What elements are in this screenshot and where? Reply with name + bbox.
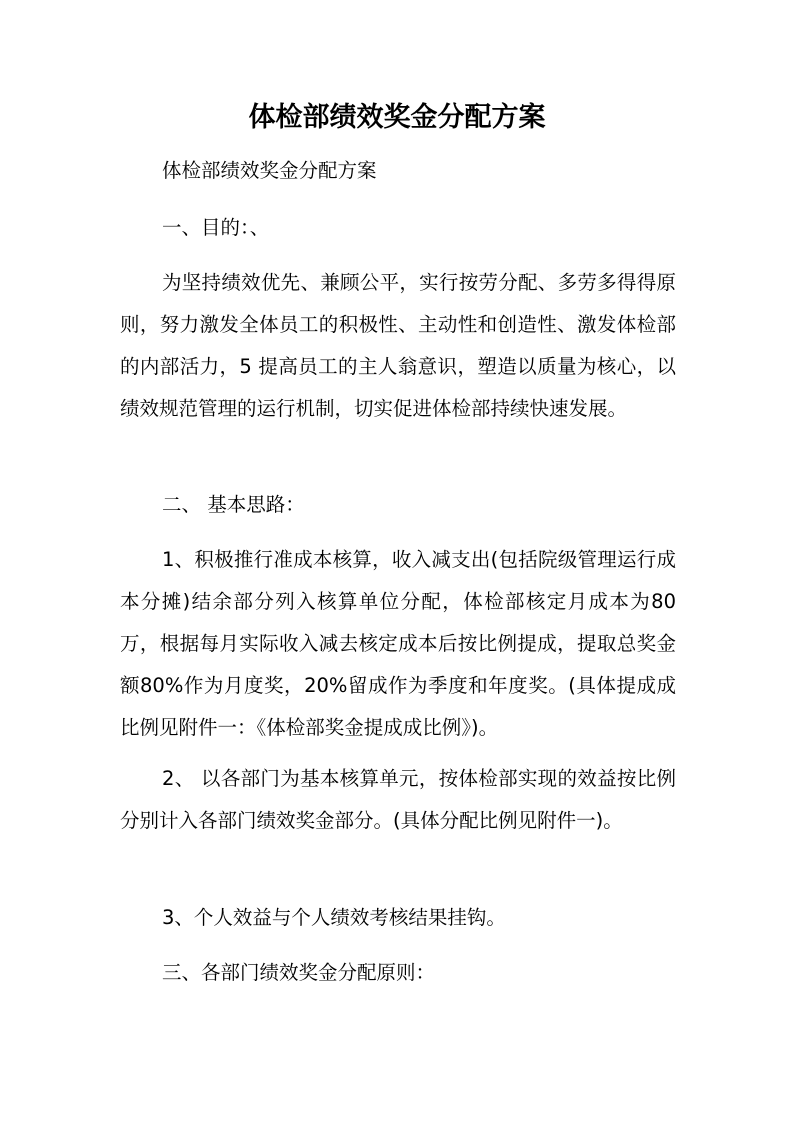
section2-heading: 二、 基本思路：	[162, 491, 305, 519]
section2-item-1: 1、积极推行准成本核算，收入减支出(包括院级管理运行成本分摊)结余部分列入核算单…	[120, 539, 676, 749]
section3-heading: 三、各部门绩效奖金分配原则：	[162, 959, 435, 987]
section1-paragraph: 为坚持绩效优先、兼顾公平，实行按劳分配、多劳多得得原则，努力激发全体员工的积极性…	[120, 262, 676, 430]
section2-item-2: 2、 以各部门为基本核算单元，按体检部实现的效益按比例分别计入各部门绩效奖金部分…	[120, 758, 676, 842]
document-page: 体检部绩效奖金分配方案 体检部绩效奖金分配方案 一、目的：、 为坚持绩效优先、兼…	[0, 0, 794, 1122]
document-subtitle: 体检部绩效奖金分配方案	[162, 157, 377, 185]
section1-heading: 一、目的：、	[162, 214, 269, 242]
document-title: 体检部绩效奖金分配方案	[0, 100, 794, 136]
section2-item-3: 3、个人效益与个人绩效考核结果挂钩。	[162, 904, 506, 932]
